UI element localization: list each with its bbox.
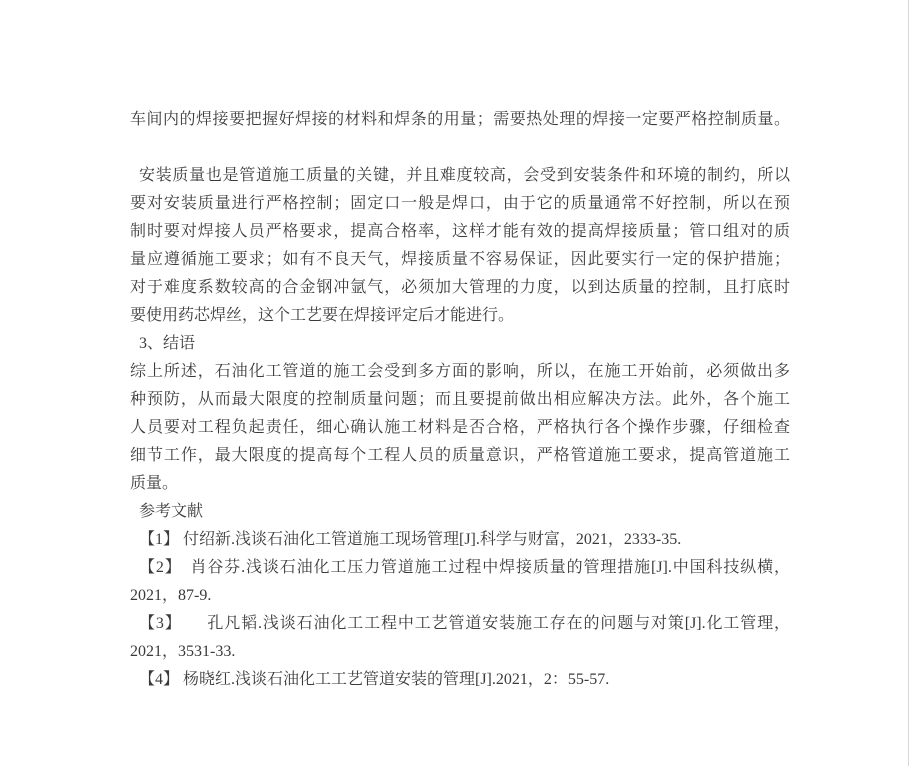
text-line: 参考文献 xyxy=(130,498,790,526)
text-line: 质量。 xyxy=(130,470,790,498)
text-line: 对于难度系数较高的合金钢冲氩气，必须加大管理的力度，以到达质量的控制，且打底时 xyxy=(130,274,790,302)
document-page: 车间内的焊接要把握好焊接的材料和焊条的用量；需要热处理的焊接一定要严格控制质量。… xyxy=(0,0,918,766)
reference-4: 【4】 杨晓红.浅谈石油化工工艺管道安装的管理[J].2021，2：55-57. xyxy=(130,666,790,694)
text-line: 【2】 肖谷芬.浅谈石油化工压力管道施工过程中焊接质量的管理措施[J].中国科技… xyxy=(130,554,790,582)
heading-conclusion: 3、结语 xyxy=(130,330,790,358)
text-line: 量应遵循施工要求；如有不良天气，焊接质量不容易保证，因此要实行一定的保护措施； xyxy=(130,246,790,274)
reference-3: 【3】 孔凡韬.浅谈石油化工工程中工艺管道安装施工存在的问题与对策[J].化工管… xyxy=(130,610,790,666)
paragraph-installation-quality: 安装质量也是管道施工质量的关键，并且难度较高，会受到安装条件和环境的制约，所以要… xyxy=(130,162,790,330)
page-right-edge-line xyxy=(908,0,909,766)
text-line: 车间内的焊接要把握好焊接的材料和焊条的用量；需要热处理的焊接一定要严格控制质量。 xyxy=(130,106,790,134)
paragraph-workshop-welding: 车间内的焊接要把握好焊接的材料和焊条的用量；需要热处理的焊接一定要严格控制质量。 xyxy=(130,106,790,134)
text-line: 安装质量也是管道施工质量的关键，并且难度较高，会受到安装条件和环境的制约，所以 xyxy=(130,162,790,190)
text-line: 种预防，从而最大限度的控制质量问题；而且要提前做出相应解决方法。此外，各个施工 xyxy=(130,386,790,414)
text-line: 【3】 孔凡韬.浅谈石油化工工程中工艺管道安装施工存在的问题与对策[J].化工管… xyxy=(130,610,790,638)
text-line: 要对安装质量进行严格控制；固定口一般是焊口，由于它的质量通常不好控制，所以在预 xyxy=(130,190,790,218)
text-line: 2021，3531-33. xyxy=(130,638,790,666)
text-line: 3、结语 xyxy=(130,330,790,358)
reference-2: 【2】 肖谷芬.浅谈石油化工压力管道施工过程中焊接质量的管理措施[J].中国科技… xyxy=(130,554,790,610)
reference-1: 【1】 付绍新.浅谈石油化工管道施工现场管理[J].科学与财富，2021，233… xyxy=(130,526,790,554)
document-content: 车间内的焊接要把握好焊接的材料和焊条的用量；需要热处理的焊接一定要严格控制质量。… xyxy=(130,106,790,694)
text-line: 要使用药芯焊丝，这个工艺要在焊接评定后才能进行。 xyxy=(130,302,790,330)
text-line: 细节工作，最大限度的提高每个工程人员的质量意识，严格管道施工要求，提高管道施工 xyxy=(130,442,790,470)
text-line: 综上所述，石油化工管道的施工会受到多方面的影响，所以，在施工开始前，必须做出多 xyxy=(130,358,790,386)
text-line: 2021，87-9. xyxy=(130,582,790,610)
heading-references: 参考文献 xyxy=(130,498,790,526)
text-line: 【1】 付绍新.浅谈石油化工管道施工现场管理[J].科学与财富，2021，233… xyxy=(130,526,790,554)
text-line: 人员要对工程负起责任，细心确认施工材料是否合格，严格执行各个操作步骤，仔细检查 xyxy=(130,414,790,442)
text-line: 制时要对焊接人员严格要求，提高合格率，这样才能有效的提高焊接质量；管口组对的质 xyxy=(130,218,790,246)
text-line: 【4】 杨晓红.浅谈石油化工工艺管道安装的管理[J].2021，2：55-57. xyxy=(130,666,790,694)
paragraph-conclusion: 综上所述，石油化工管道的施工会受到多方面的影响，所以，在施工开始前，必须做出多种… xyxy=(130,358,790,498)
